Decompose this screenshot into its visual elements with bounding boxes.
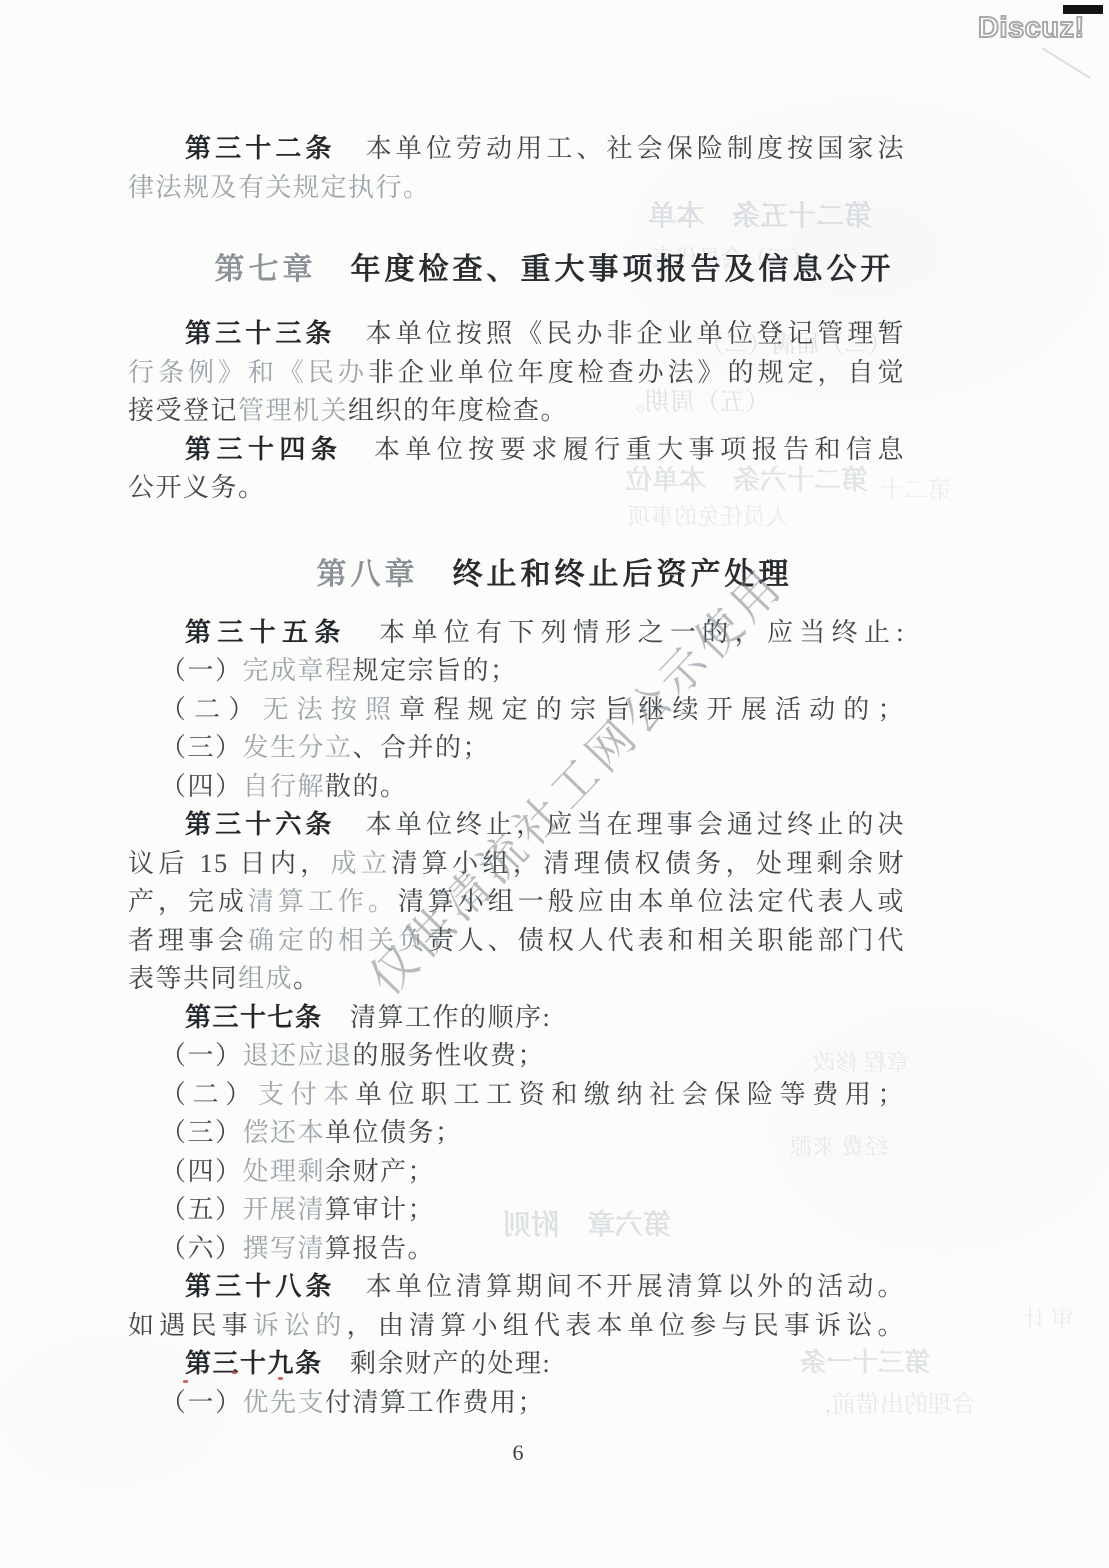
text-run: 偿还本 xyxy=(243,1118,326,1147)
text-line: 产，完成清算工作。清算小组一般应由本单位法定代表人或 xyxy=(128,883,905,922)
text-run: 发生分立 xyxy=(243,733,353,762)
text-run: （一） xyxy=(160,656,243,685)
text-line: （一）优先支付清算工作费用； xyxy=(128,1384,905,1423)
text-run: 第三十六条 xyxy=(185,810,336,839)
text-run: （四） xyxy=(160,772,243,801)
text-run: 接受登记 xyxy=(128,396,238,425)
discuz-logo-bar xyxy=(1063,5,1103,14)
text-run: 第七章 xyxy=(215,253,317,286)
text-run: （三） xyxy=(160,733,243,762)
text-line: （三）偿还本单位债务； xyxy=(128,1114,905,1153)
text-line: 第三十五条 本单位有下列情形之一的，应当终止: xyxy=(128,614,905,653)
text-run: 组成 xyxy=(238,964,293,993)
text-run: 第八章 xyxy=(317,558,419,591)
text-run: 退还应退 xyxy=(243,1041,353,1070)
text-run: 规定宗旨的； xyxy=(353,656,518,685)
text-run: ，由清算小组代表本单位参与民事诉讼。 xyxy=(347,1311,905,1340)
text-run: 第三十七条 xyxy=(185,1003,323,1032)
text-line: （二）无法按照章程规定的宗旨继续开展活动的； xyxy=(128,691,905,730)
text-line: 第三十四条 本单位按要求履行重大事项报告和信息 xyxy=(128,431,905,470)
text-line: （二）支付本单位职工工资和缴纳社会保险等费用； xyxy=(128,1076,905,1115)
text-run: 。 xyxy=(293,964,321,993)
text-line: 公开义务。 xyxy=(128,469,905,508)
text-line: 第三十二条 本单位劳动用工、社会保险制度按国家法 xyxy=(128,130,905,169)
text-run: 者理事会 xyxy=(128,926,248,955)
text-run: 付清算工作费用； xyxy=(325,1388,545,1417)
text-run: 自行解 xyxy=(243,772,326,801)
ink-speck xyxy=(183,1380,188,1383)
text-run: 本单位清算期间不开展清算以外的活动。 xyxy=(336,1272,905,1301)
text-line: 第三十三条 本单位按照《民办非企业单位登记管理暂 xyxy=(128,315,905,354)
text-run: 产，完成 xyxy=(128,887,248,916)
text-run: 律法规及有关规定执行。 xyxy=(128,173,431,202)
text-run: （三） xyxy=(160,1118,243,1147)
text-run: 第三十三条 xyxy=(185,319,336,348)
text-run: 单位职工工资和缴纳社会保险等费用； xyxy=(356,1080,905,1109)
text-run: （一） xyxy=(160,1388,243,1417)
text-run: 第三十八条 xyxy=(185,1272,336,1301)
text-run: 本单位劳动用工、社会保险制度按国家法 xyxy=(336,134,905,163)
paragraph: 第三十四条 本单位按要求履行重大事项报告和信息公开义务。 xyxy=(128,431,905,508)
text-line: 第三十八条 本单位清算期间不开展清算以外的活动。 xyxy=(128,1268,905,1307)
text-run: 余财产； xyxy=(325,1157,435,1186)
text-run: 组织的年度检查。 xyxy=(348,396,568,425)
text-line: 如遇民事诉讼的，由清算小组代表本单位参与民事诉讼。 xyxy=(128,1307,905,1346)
text-run: 第三十九条 xyxy=(185,1349,323,1378)
text-run xyxy=(317,253,351,286)
page-number: 6 xyxy=(500,1440,536,1466)
text-run: 完成章程 xyxy=(243,656,353,685)
paragraph: 第三十五条 本单位有下列情形之一的，应当终止:（一）完成章程规定宗旨的；（二）无… xyxy=(128,614,905,807)
text-run xyxy=(419,558,453,591)
text-run: （五） xyxy=(160,1195,243,1224)
paragraph: 第三十七条 清算工作的顺序:（一）退还应退的服务性收费；（二）支付本单位职工工资… xyxy=(128,999,905,1269)
text-line: 表等共同组成。 xyxy=(128,960,905,999)
ink-speck xyxy=(232,1371,237,1374)
text-line: 第八章 终止和终止后资产处理 xyxy=(0,552,1109,598)
text-run: 单位债务； xyxy=(325,1118,463,1147)
text-run: 支付本 xyxy=(258,1080,356,1109)
text-line: 者理事会确定的相关负责人、债权人代表和相关职能部门代 xyxy=(128,922,905,961)
text-run: 、合并的； xyxy=(353,733,491,762)
text-run: 开展清 xyxy=(243,1195,326,1224)
scan-scratch-mark xyxy=(1042,47,1091,78)
text-run: 本单位终止，应当在理事会通过终止的决 xyxy=(336,810,905,839)
text-run: 第三十四条 xyxy=(185,435,342,464)
text-line: 接受登记管理机关组织的年度检查。 xyxy=(128,392,905,431)
text-run: （一） xyxy=(160,1041,243,1070)
text-line: 第七章 年度检查、重大事项报告及信息公开 xyxy=(0,247,1109,293)
paragraph: 第三十九条 剩余财产的处理:（一）优先支付清算工作费用； xyxy=(128,1345,905,1422)
text-run: 算报告。 xyxy=(325,1234,435,1263)
text-run: 本单位按照《民办非企业单位登记管理暂 xyxy=(336,319,905,348)
text-line: （四）处理剩余财产； xyxy=(128,1153,905,1192)
text-run: 成立 xyxy=(331,849,392,878)
text-run: 撰写清 xyxy=(243,1234,326,1263)
text-run: （六） xyxy=(160,1234,243,1263)
text-run: 算审计； xyxy=(325,1195,435,1224)
text-line: （一）退还应退的服务性收费； xyxy=(128,1037,905,1076)
text-line: 第三十九条 剩余财产的处理: xyxy=(128,1345,905,1384)
text-line: 行条例》和《民办非企业单位年度检查办法》的规定，自觉 xyxy=(128,354,905,393)
text-line: 律法规及有关规定执行。 xyxy=(128,169,905,208)
text-run: 非企业单位年度检查办法》的规定，自觉 xyxy=(368,358,905,387)
text-run: 散的。 xyxy=(325,772,408,801)
text-run: 管理机关 xyxy=(238,396,348,425)
text-run: 剩余财产的处理: xyxy=(323,1349,552,1378)
paragraph: 第三十三条 本单位按照《民办非企业单位登记管理暂行条例》和《民办非企业单位年度检… xyxy=(128,315,905,431)
text-run: 如遇民事 xyxy=(128,1311,253,1340)
document-page: Discuz! 第三十二条 本单位劳动用工、社会保险制度按国家法律法规及有关规定… xyxy=(0,0,1109,1568)
text-run: 公开义务。 xyxy=(128,473,266,502)
text-run: 责人、债权人代表和相关职能部门代 xyxy=(428,926,905,955)
text-run: 诉讼的 xyxy=(253,1311,347,1340)
ink-speck xyxy=(278,1377,283,1380)
text-line: （五）开展清算审计； xyxy=(128,1191,905,1230)
chapter-heading: 第七章 年度检查、重大事项报告及信息公开 xyxy=(0,247,1109,293)
text-line: （六）撰写清算报告。 xyxy=(128,1230,905,1269)
text-line: （一）完成章程规定宗旨的； xyxy=(128,652,905,691)
discuz-watermark: Discuz! xyxy=(978,12,1085,45)
text-run: （二） xyxy=(160,695,263,724)
text-run: 无法按照 xyxy=(263,695,400,724)
text-run: （四） xyxy=(160,1157,243,1186)
document-content: 第三十二条 本单位劳动用工、社会保险制度按国家法律法规及有关规定执行。第七章 年… xyxy=(128,0,905,1422)
chapter-heading: 第八章 终止和终止后资产处理 xyxy=(0,552,1109,598)
text-run: 本单位按要求履行重大事项报告和信息 xyxy=(342,435,905,464)
text-run: 清算工作的顺序: xyxy=(323,1003,552,1032)
text-run: 行条例》和《民办 xyxy=(128,358,368,387)
text-line: 第三十七条 清算工作的顺序: xyxy=(128,999,905,1038)
text-run: 年度检查、重大事项报告及信息公开 xyxy=(351,253,895,286)
text-run: 优先支 xyxy=(243,1388,326,1417)
text-run: 处理剩 xyxy=(243,1157,326,1186)
text-run: 表等共同 xyxy=(128,964,238,993)
text-line: （三）发生分立、合并的； xyxy=(128,729,905,768)
paragraph: 第三十八条 本单位清算期间不开展清算以外的活动。如遇民事诉讼的，由清算小组代表本… xyxy=(128,1268,905,1345)
text-run: 的服务性收费； xyxy=(353,1041,546,1070)
text-run: 第三十二条 xyxy=(185,134,336,163)
text-run: （二） xyxy=(160,1080,258,1109)
bleedthrough-text: 审 计 xyxy=(1022,1300,1074,1333)
text-run: 第三十五条 xyxy=(185,618,347,647)
paragraph: 第三十二条 本单位劳动用工、社会保险制度按国家法律法规及有关规定执行。 xyxy=(128,130,905,207)
text-run: 清算工作。 xyxy=(248,887,398,916)
text-run: 议后 15 日内， xyxy=(128,849,331,878)
text-run: 本单位有下列情形之一的，应当终止: xyxy=(347,618,905,647)
